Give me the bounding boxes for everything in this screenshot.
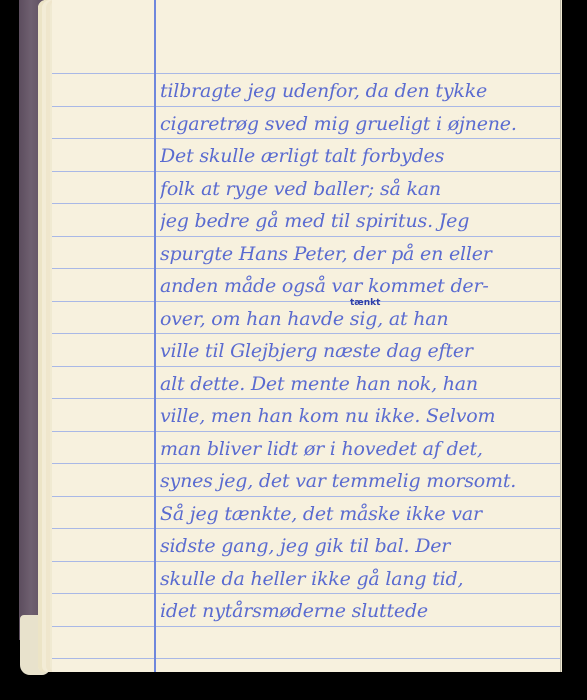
text-line: ville, men han kom nu ikke. Selvom <box>160 400 562 433</box>
margin-line <box>154 0 156 672</box>
text-line: anden måde også var kommet der- <box>160 270 562 303</box>
text-line: skulle da heller ikke gå lang tid, <box>160 563 562 596</box>
text-line: jeg bedre gå med til spiritus. Jeg <box>160 205 562 238</box>
text-line: idet nytårsmøderne sluttede <box>160 595 562 628</box>
notebook-photo: tænkt tilbragte jeg udenfor, da den tykk… <box>0 0 587 700</box>
ruled-line <box>52 73 560 74</box>
text-line: sidste gang, jeg gik til bal. Der <box>160 530 562 563</box>
text-line: cigaretrøg sved mig grueligt i øjnene. <box>160 108 562 141</box>
handwritten-text-block: tilbragte jeg udenfor, da den tykke ciga… <box>160 75 562 628</box>
text-line: Det skulle ærligt talt forbydes <box>160 140 562 173</box>
text-line: synes jeg, det var temmelig morsomt. <box>160 465 562 498</box>
text-line: folk at ryge ved baller; så kan <box>160 173 562 206</box>
text-line: over, om han havde sig, at han <box>160 303 562 336</box>
text-line: spurgte Hans Peter, der på en eller <box>160 238 562 271</box>
text-line: man bliver lidt ør i hovedet af det, <box>160 433 562 466</box>
text-line: Så jeg tænkte, det måske ikke var <box>160 498 562 531</box>
text-line: tilbragte jeg udenfor, da den tykke <box>160 75 562 108</box>
text-line: alt dette. Det mente han nok, han <box>160 368 562 401</box>
ruled-line <box>52 658 560 659</box>
text-line: ville til Glejbjerg næste dag efter <box>160 335 562 368</box>
